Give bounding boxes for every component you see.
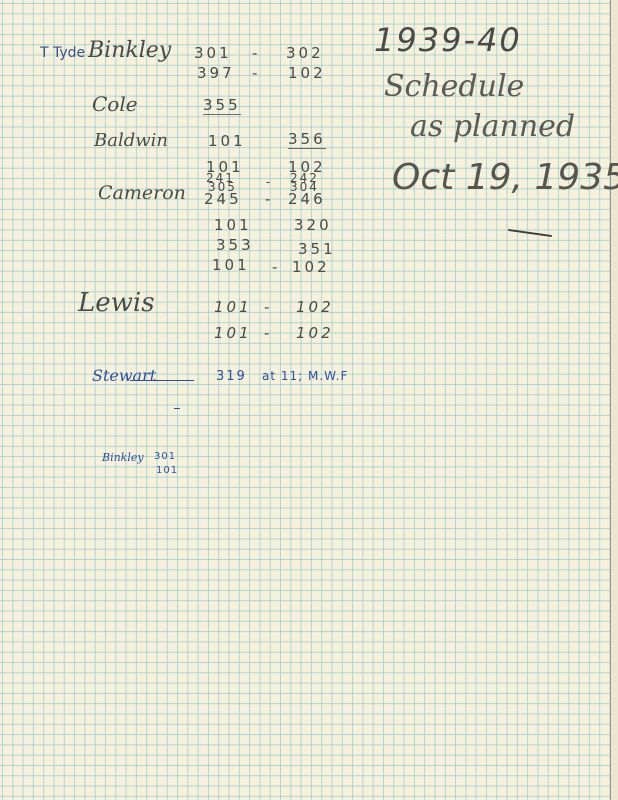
course-left: 301 [194,46,232,61]
course-sep: - [264,300,272,315]
course-sep: - [252,66,260,81]
instructor-name-binkley: Binkley [88,40,171,62]
instructor-name-cole: Cole [92,94,138,114]
course-left: 353 [216,238,254,253]
footer-name-binkley: Binkley [102,452,144,463]
footer-course: 301 [154,452,176,462]
course-right: 102 [296,326,334,341]
note-date: Oct 19, 1935 [392,160,618,196]
stewart-underline [130,380,194,381]
course-right: 351 [298,242,336,257]
course-left: 397 [197,66,235,81]
course-left: 101 [208,134,246,149]
stray-dash [174,408,180,409]
course-right: 302 [286,46,324,61]
course-sep: - [264,326,272,341]
course-right: 320 [294,218,332,233]
course-right: 102 [292,260,330,275]
course-right: 356 [288,132,326,149]
year-heading: 1939-40 [374,24,522,56]
instructor-name-cameron: Cameron [98,184,186,203]
course-sep: - [252,46,260,61]
course-left: 101 [214,300,252,315]
course-right: 246 [288,192,326,207]
course-sep: - [265,192,273,207]
course-right: 102 [288,66,326,81]
course-left: 319 [216,370,247,383]
instructor-name-stewart: Stewart [92,368,156,384]
course-schedule: at 11; M.W.F [262,370,348,382]
schedule-note-line2: as planned [410,112,575,142]
schedule-note-line1: Schedule [384,72,524,102]
instructor-name-baldwin: Baldwin [94,132,168,150]
course-sep: - [266,176,272,188]
binkley-prefix: T Tyde [40,46,85,60]
course-sep: - [272,260,280,275]
course-left: 101 [214,326,252,341]
page-edge [611,0,618,800]
instructor-name-lewis: Lewis [78,290,155,316]
course-right: 102 [296,300,334,315]
course-left: 101 [214,218,252,233]
footer-course: 101 [156,466,178,476]
course-left: 101 [212,258,250,273]
course-left: 355 [203,98,241,115]
course-left: 245 [204,192,242,207]
